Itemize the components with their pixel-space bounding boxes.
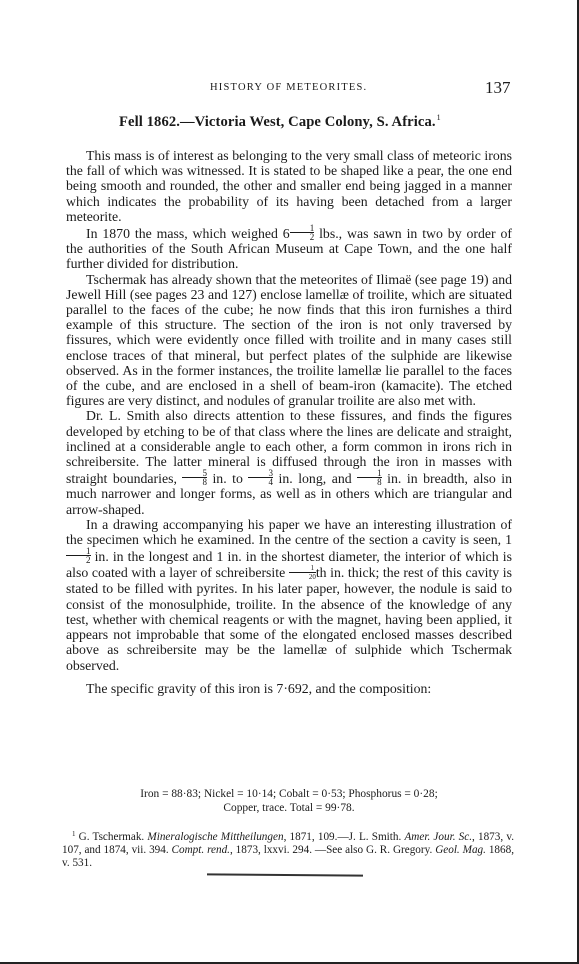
paragraph-6: The specific gravity of this iron is 7·6…: [66, 681, 512, 696]
fraction: 120: [289, 564, 316, 581]
running-header: HISTORY OF METEORITES. 137: [0, 80, 579, 100]
paragraph-4: Dr. L. Smith also directs attention to t…: [66, 408, 512, 516]
paragraph-3: Tschermak has already shown that the met…: [66, 272, 512, 409]
section-title-text: Fell 1862.—Victoria West, Cape Colony, S…: [119, 114, 436, 130]
composition-line-2: Copper, trace. Total = 99·78.: [66, 801, 512, 815]
fraction: 12: [290, 224, 315, 241]
fraction: 18: [357, 469, 382, 486]
composition-line-1: Iron = 88·83; Nickel = 10·14; Cobalt = 0…: [66, 787, 512, 801]
running-title: HISTORY OF METEORITES.: [210, 82, 367, 93]
composition-analysis: Iron = 88·83; Nickel = 10·14; Cobalt = 0…: [66, 787, 512, 815]
page-number: 137: [485, 78, 511, 98]
section-end-rule: [207, 873, 363, 876]
footnote-text: 1 G. Tschermak. Mineralogische Mittheilu…: [62, 828, 514, 871]
footnote: 1 G. Tschermak. Mineralogische Mittheilu…: [62, 828, 514, 871]
paragraph-2: In 1870 the mass, which weighed 612 lbs.…: [66, 224, 512, 272]
paragraph-5: In a drawing accompanying his paper we h…: [66, 517, 512, 673]
paragraph-1: This mass is of interest as belonging to…: [66, 148, 512, 224]
article-body: This mass is of interest as belonging to…: [66, 148, 512, 696]
fraction: 12: [66, 547, 91, 564]
fraction: 58: [182, 469, 207, 486]
fraction: 34: [248, 469, 273, 486]
section-title: Fell 1862.—Victoria West, Cape Colony, S…: [119, 113, 441, 131]
footnote-marker: 1: [437, 113, 441, 122]
